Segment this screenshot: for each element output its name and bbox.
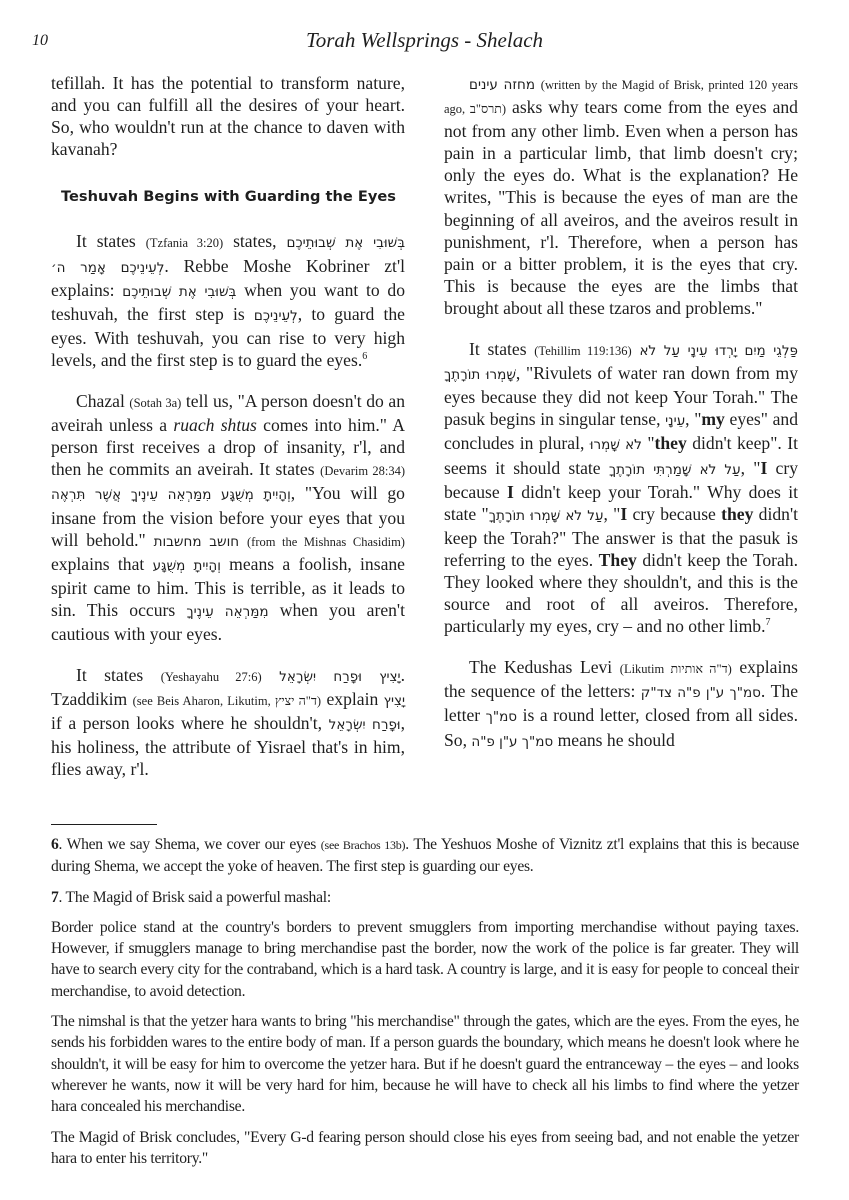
hebrew-quote: בְּשׁוּבִי אֶת שְׁבוּתֵיכֶם	[122, 284, 236, 300]
running-title: Torah Wellsprings - Shelach	[0, 28, 849, 53]
hebrew-quote: מִמַּרְאֵה עֵינֶיךָ	[186, 604, 268, 620]
hebrew-quote: עַל לֹא שָׁמַרְתִּי תוֹרָתֶךָ	[609, 462, 741, 478]
citation: (Tzfania 3:20)	[146, 236, 223, 250]
citation: (Devarim 28:34)	[320, 464, 405, 478]
paragraph: It states (Tehillim 119:136) פַּלְגֵי מַ…	[444, 338, 798, 637]
footnote-marker[interactable]: 7	[765, 617, 770, 628]
hebrew-quote: סמ"ך	[486, 709, 517, 725]
citation: (Sotah 3a)	[129, 396, 181, 410]
citation: (Tehillim 119:136)	[534, 344, 631, 358]
right-column: מחזה עינים (written by the Magid of Bris…	[444, 72, 798, 772]
page-header: 10 Torah Wellsprings - Shelach	[0, 0, 849, 60]
hebrew-quote: לְעֵינֵיכֶם	[254, 308, 298, 324]
citation: (Likutim ד"ה אותיות)	[620, 662, 732, 676]
hebrew-quote: חושב מחשבות	[154, 534, 240, 550]
hebrew-quote: לֹא שָׁמְרוּ	[590, 437, 642, 453]
paragraph: מחזה עינים (written by the Magid of Bris…	[444, 72, 798, 319]
hebrew-quote: סמ"ך ע"ן פ"ה	[471, 734, 553, 750]
footnotes: 6. When we say Shema, we cover our eyes …	[51, 834, 799, 1178]
citation: (see Brachos 13b)	[321, 838, 405, 852]
citation: (Yeshayahu 27:6)	[161, 670, 262, 684]
left-column: tefillah. It has the potential to transf…	[51, 72, 405, 800]
paragraph: tefillah. It has the potential to transf…	[51, 72, 405, 160]
citation: (see Beis Aharon, Likutim, ד"ה יציץ)	[133, 694, 321, 708]
hebrew-quote: יָצִיץ וּפָרַח יִשְׂרָאֵל	[279, 669, 400, 685]
hebrew-quote: וְהָיִיתָ מְשֻׁגָּע	[153, 558, 221, 574]
footnote-7: 7. The Magid of Brisk said a powerful ma…	[51, 887, 799, 908]
italic-term: ruach shtus	[173, 415, 257, 435]
footnote-paragraph: The Magid of Brisk concludes, "Every G-d…	[51, 1127, 799, 1170]
paragraph: It states (Tzfania 3:20) states, בְּשׁוּ…	[51, 230, 405, 371]
paragraph: Chazal (Sotah 3a) tell us, "A person doe…	[51, 390, 405, 645]
hebrew-quote: מחזה עינים	[469, 77, 535, 93]
hebrew-quote: וְהָיִיתָ מְשֻׁגָּע מִמַּרְאֵה עֵינֶיךָ …	[51, 487, 291, 503]
footnote-number: 6	[51, 836, 59, 853]
hebrew-quote: סמ"ך ע"ן פ"ה צד"ק	[641, 685, 761, 701]
footnote-paragraph: The nimshal is that the yetzer hara want…	[51, 1011, 799, 1117]
footnote-divider	[51, 824, 157, 825]
paragraph: The Kedushas Levi (Likutim ד"ה אותיות) e…	[444, 656, 798, 752]
hebrew-quote: עֵינָי	[665, 413, 685, 429]
citation: (from the Mishnas Chasidim)	[247, 535, 405, 549]
hebrew-quote: וּפָרַח יִשְׂרָאֵל	[329, 717, 401, 733]
hebrew-quote: יָצִיץ	[384, 693, 405, 709]
footnote-6: 6. When we say Shema, we cover our eyes …	[51, 834, 799, 878]
hebrew-quote: עַל לֹא שָׁמְרוּ תוֹרָתֶךָ	[489, 508, 604, 524]
footnote-number: 7	[51, 889, 59, 906]
footnote-marker[interactable]: 6	[362, 351, 367, 362]
paragraph: It states (Yeshayahu 27:6) יָצִיץ וּפָרַ…	[51, 664, 405, 780]
footnote-paragraph: Border police stand at the country's bor…	[51, 917, 799, 1002]
section-heading: Teshuvah Begins with Guarding the Eyes	[61, 186, 405, 208]
